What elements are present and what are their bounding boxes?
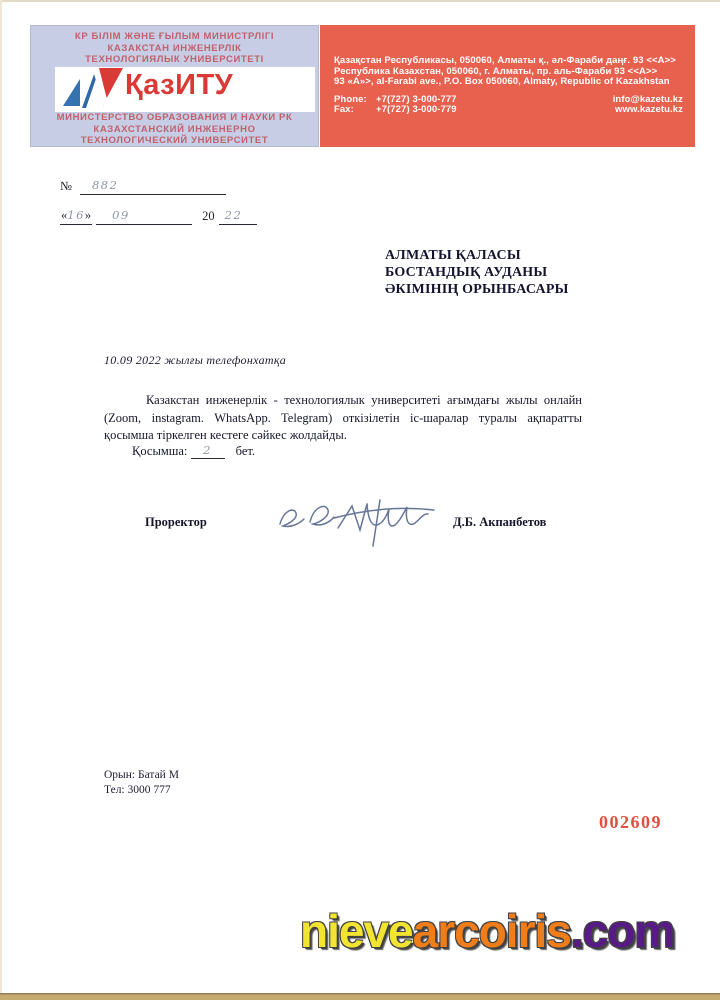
- signer-position: Проректор: [145, 515, 207, 530]
- close-quote: »: [85, 208, 91, 222]
- website-url: www.kazetu.kz: [615, 105, 683, 116]
- ministry-kz-line: КАЗАКСТАН ИНЖЕНЕРЛІК: [31, 43, 318, 55]
- addressee-line: БОСТАНДЫҚ АУДАНЫ: [385, 264, 569, 281]
- ministry-name-russian: МИНИСТЕРСТВО ОБРАЗОВАНИЯ И НАУКИ РК КАЗА…: [31, 112, 318, 147]
- contact-block: Phone:+7(727) 3-000-777 info@kazetu.kz F…: [334, 95, 683, 116]
- fax-number: Fax:+7(727) 3-000-779: [334, 105, 457, 116]
- ministry-ru-line: ТЕХНОЛОГИЧЕСКИЙ УНИВЕРСИТЕТ: [31, 135, 318, 147]
- letterhead-contact-box: Қазақстан Республикасы, 050060, Алматы қ…: [320, 25, 695, 147]
- scan-edge-top: [0, 0, 720, 2]
- handwritten-year: 22: [225, 208, 243, 222]
- phone-value: +7(727) 3-000-777: [376, 94, 457, 105]
- ministry-kz-line: ТЕХНОЛОГИЯЛЫК УНИВЕРСИТЕТІ: [31, 54, 318, 66]
- logo-wordmark: ҚазИТУ: [125, 69, 233, 102]
- handwritten-signature: [268, 492, 448, 552]
- ministry-kz-line: КР БІЛІМ ЖӘНЕ ҒЫЛЫМ МИНИСТРЛІГІ: [31, 31, 318, 43]
- body-paragraph: Казакстан инженерлік - технологиялык уни…: [104, 392, 582, 445]
- watermark-part: nieve: [300, 905, 413, 957]
- handwritten-number: 882: [92, 178, 118, 192]
- scanned-letter-page: КР БІЛІМ ЖӘНЕ ҒЫЛЫМ МИНИСТРЛІГІ КАЗАКСТА…: [0, 0, 720, 1000]
- year-line: 22: [219, 206, 257, 225]
- scan-edge-left: [0, 0, 2, 1000]
- letterhead-left-box: КР БІЛІМ ЖӘНЕ ҒЫЛЫМ МИНИСТРЛІГІ КАЗАКСТА…: [30, 25, 319, 147]
- document-date-row: «16»092022: [60, 206, 257, 225]
- executor-name: Орын: Батай М: [104, 768, 179, 783]
- attachment-line: Қосымша: 2 бет.: [132, 443, 255, 459]
- address-english: 93 «А»>, al-Farabi ave., P.O. Box 050060…: [334, 77, 683, 88]
- fax-row: Fax:+7(727) 3-000-779 www.kazetu.kz: [334, 105, 683, 116]
- fax-label: Fax:: [334, 105, 376, 116]
- scan-edge-bottom: [0, 993, 720, 1000]
- addressee-line: АЛМАТЫ ҚАЛАСЫ: [385, 247, 569, 264]
- addressee-line: ӘКІМІНІҢ ОРЫНБАСАРЫ: [385, 281, 569, 298]
- ministry-ru-line: КАЗАХСТАНСКИЙ ИНЖЕНЕРНО: [31, 124, 318, 136]
- handwritten-month: 09: [112, 208, 130, 222]
- attachment-label: Қосымша:: [132, 444, 187, 458]
- ministry-name-kazakh: КР БІЛІМ ЖӘНЕ ҒЫЛЫМ МИНИСТРЛІГІ КАЗАКСТА…: [31, 31, 318, 66]
- form-stamp-number: 002609: [599, 812, 662, 833]
- handwritten-day: 16: [67, 208, 85, 222]
- number-line: 882: [80, 176, 226, 195]
- watermark-part: arcoiris: [413, 905, 571, 957]
- executor-block: Орын: Батай М Тел: 3000 777: [104, 768, 179, 797]
- day-line: «16»: [60, 206, 92, 225]
- watermark-part: .com: [571, 905, 674, 957]
- number-label: №: [60, 179, 72, 193]
- logo-triangle-icon: [99, 68, 123, 98]
- document-number-row: №882: [60, 176, 226, 195]
- month-line: 09: [96, 206, 192, 225]
- signer-name: Д.Б. Акпанбетов: [453, 515, 546, 530]
- address-kazakh: Қазақстан Республикасы, 050060, Алматы қ…: [334, 56, 683, 67]
- attachment-pages-line: 2: [191, 443, 225, 459]
- university-logo: ҚазИТУ: [55, 67, 315, 112]
- ministry-ru-line: МИНИСТЕРСТВО ОБРАЗОВАНИЯ И НАУКИ РК: [31, 112, 318, 124]
- site-watermark: nievearcoiris.com: [300, 904, 674, 958]
- addressee-block: АЛМАТЫ ҚАЛАСЫ БОСТАНДЫҚ АУДАНЫ ӘКІМІНІҢ …: [385, 247, 569, 298]
- year-prefix: 20: [202, 209, 215, 223]
- executor-phone: Тел: 3000 777: [104, 783, 179, 798]
- fax-value: +7(727) 3-000-779: [376, 104, 457, 115]
- handwritten-pages: 2: [203, 443, 212, 457]
- attachment-unit: бет.: [236, 444, 255, 458]
- logo-triangle-icon: [63, 79, 80, 106]
- reference-line: 10.09 2022 жылғы телефонхатқа: [104, 353, 286, 368]
